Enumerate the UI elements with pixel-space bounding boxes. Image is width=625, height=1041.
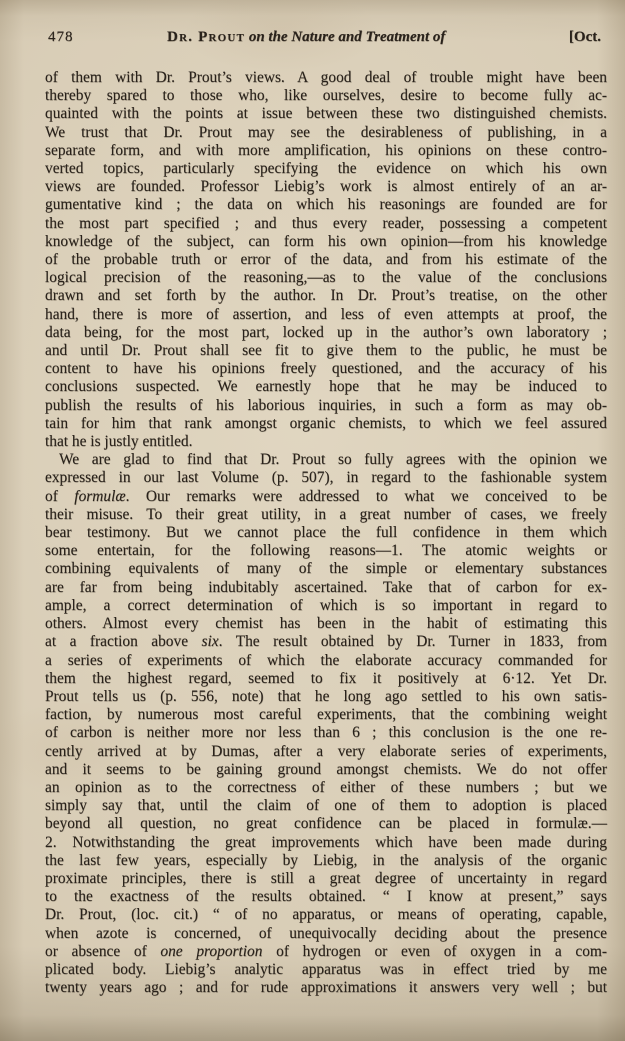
paragraph: We are glad to find that Dr. Prout so fu… [45, 451, 607, 997]
text-line: plicated body. Liebig’s analytic apparat… [45, 961, 607, 979]
text-line: others. Almost every chemist has been in… [45, 615, 607, 633]
text-line: that he is justly entitled. [45, 433, 607, 451]
running-title: Dr. Prout on the Nature and Treatment of [74, 29, 569, 46]
page-header: 478 Dr. Prout on the Nature and Treatmen… [48, 29, 601, 46]
issue-date: [Oct. [569, 29, 601, 46]
text-line: twenty years ago ; and for rude approxim… [45, 979, 607, 997]
text-line: expressed in our last Volume (p. 507), i… [45, 469, 607, 487]
text-line: faction, by numerous most careful experi… [45, 706, 607, 724]
text-line: logical precision of the reasoning,—as t… [45, 269, 607, 287]
text-line: some entertain, for the following reason… [45, 542, 607, 560]
text-line: knowledge of the subject, can form his o… [45, 233, 607, 251]
text-line: thereby spared to those who, like oursel… [45, 87, 607, 105]
text-line: an opinion as to the correctness of eith… [45, 779, 607, 797]
text-line: gumentative kind ; the data on which his… [45, 196, 607, 214]
text-line: hand, there is more of assertion, and le… [45, 306, 607, 324]
text-line: them the highest regard, seemed to fix i… [45, 670, 607, 688]
text-line: the last few years, especially by Liebig… [45, 852, 607, 870]
text-line: quainted with the points at issue betwee… [45, 105, 607, 123]
text-line: and until Dr. Prout shall see fit to giv… [45, 342, 607, 360]
running-title-author: Dr. Prout [167, 29, 245, 45]
text-line: proximate principles, there is still a g… [45, 870, 607, 888]
text-line: data being, for the most part, locked up… [45, 324, 607, 342]
text-line: of the probable truth or error of the da… [45, 251, 607, 269]
text-line: ample, a correct determination of which … [45, 597, 607, 615]
text-line: Prout tells us (p. 556, note) that he lo… [45, 688, 607, 706]
text-line: cently arrived at by Dumas, after a very… [45, 743, 607, 761]
text-line: the most part specified ; and thus every… [45, 215, 607, 233]
text-line: combining equivalents of many of the sim… [45, 560, 607, 578]
running-title-text: on the Nature and Treatment of [245, 29, 445, 45]
page-body: of them with Dr. Prout’s views. A good d… [45, 69, 607, 997]
text-line: views are founded. Professor Liebig’s wo… [45, 178, 607, 196]
text-line: when azote is concerned, of unequivocall… [45, 925, 607, 943]
text-line: of carbon is neither more nor less than … [45, 724, 607, 742]
text-line: are far from being indubitably ascertain… [45, 579, 607, 597]
paragraph: of them with Dr. Prout’s views. A good d… [45, 69, 607, 451]
text-line: to the exactness of the results obtained… [45, 888, 607, 906]
page-number: 478 [48, 29, 74, 46]
text-line: drawn and set forth by the author. In Dr… [45, 287, 607, 305]
text-line: We are glad to find that Dr. Prout so fu… [45, 451, 607, 469]
text-line: conclusions suspected. We earnestly hope… [45, 378, 607, 396]
text-line: content to have his opinions freely ques… [45, 360, 607, 378]
text-line: We trust that Dr. Prout may see the desi… [45, 124, 607, 142]
text-line: of formulæ. Our remarks were addressed t… [45, 488, 607, 506]
text-line: publish the results of his laborious inq… [45, 397, 607, 415]
text-line: of them with Dr. Prout’s views. A good d… [45, 69, 607, 87]
text-line: tain for him that rank amongst organic c… [45, 415, 607, 433]
text-line: at a fraction above six. The result obta… [45, 633, 607, 651]
text-line: beyond all question, no great confidence… [45, 815, 607, 833]
text-line: Dr. Prout, (loc. cit.) “ of no apparatus… [45, 906, 607, 924]
text-line: simply say that, until the claim of one … [45, 797, 607, 815]
text-line: their misuse. To their great utility, in… [45, 506, 607, 524]
text-line: a series of experiments of which the ela… [45, 652, 607, 670]
text-line: separate form, and with more amplificati… [45, 142, 607, 160]
text-line: 2. Notwithstanding the great improvement… [45, 834, 607, 852]
text-line: or absence of one proportion of hydrogen… [45, 943, 607, 961]
book-page: 478 Dr. Prout on the Nature and Treatmen… [0, 0, 625, 1041]
text-line: verted topics, particularly specifying t… [45, 160, 607, 178]
text-line: and it seems to be gaining ground amongs… [45, 761, 607, 779]
text-line: bear testimony. But we cannot place the … [45, 524, 607, 542]
